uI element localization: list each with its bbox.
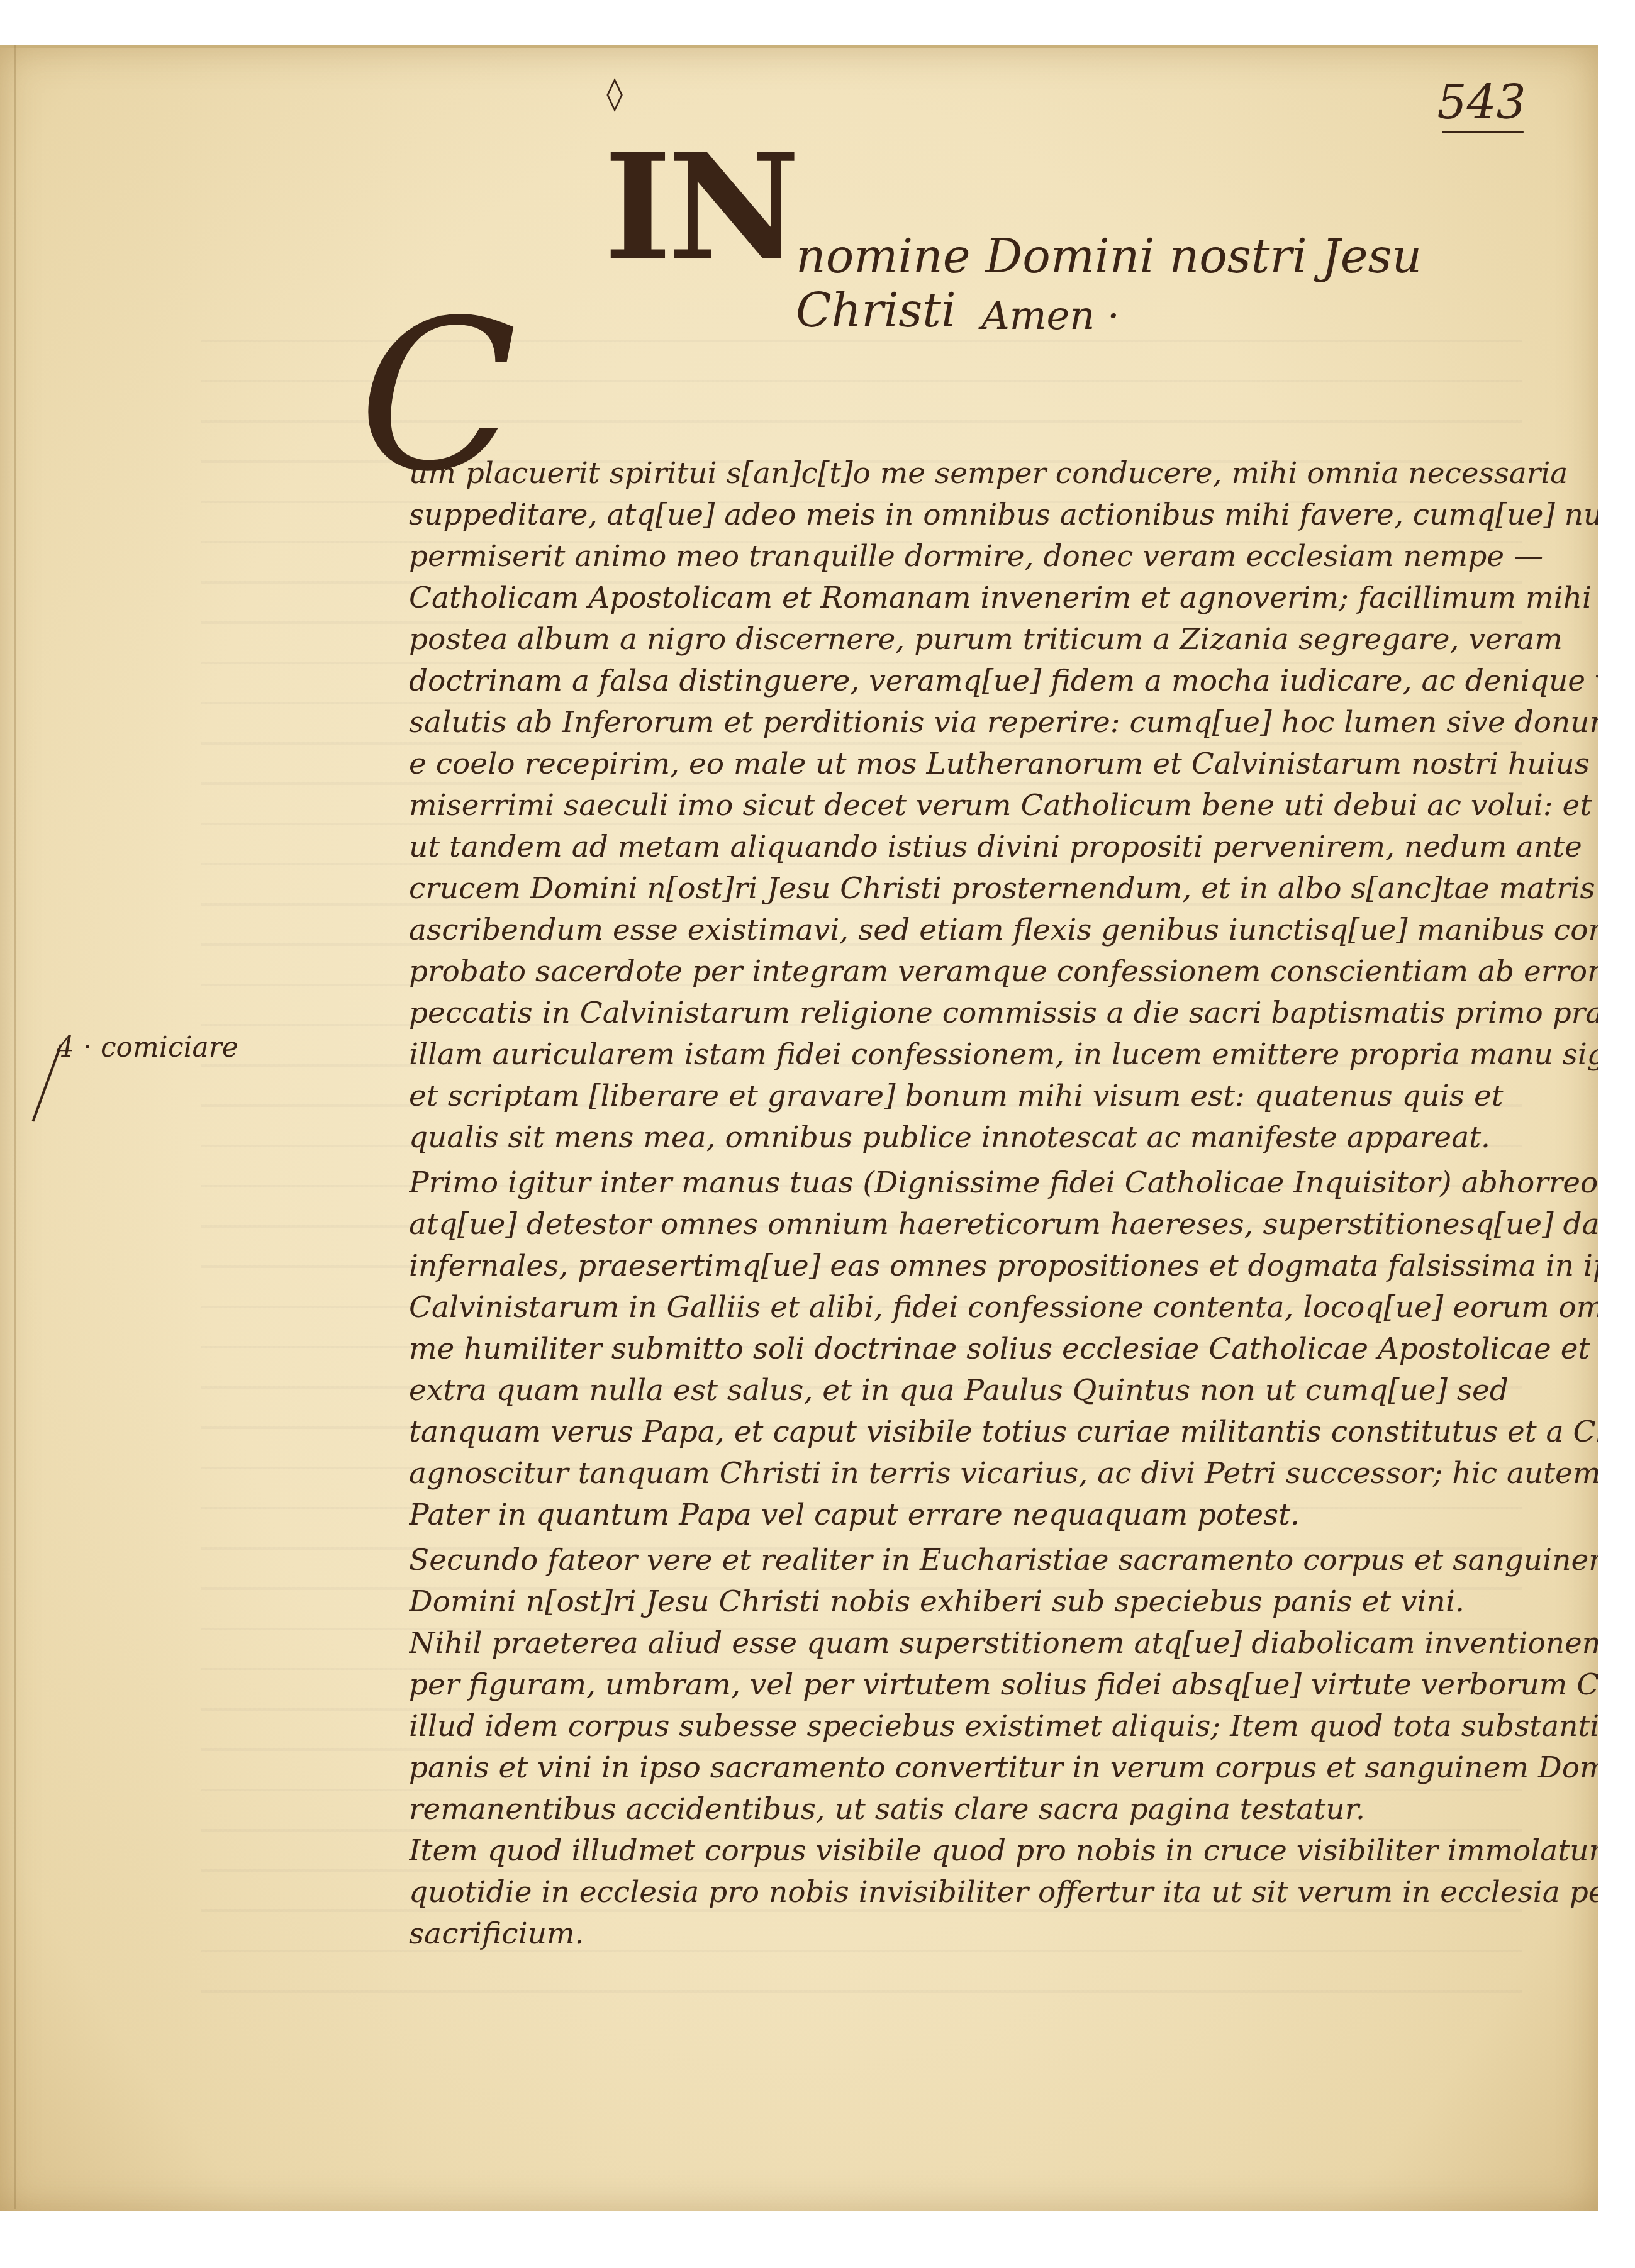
text-line: atq[ue] detestor omnes omnium haereticor… (409, 1204, 1598, 1245)
text-line: peccatis in Calvinistarum religione comm… (409, 992, 1598, 1034)
folio-underline (1442, 131, 1524, 133)
heading-invocation: nomine Domini nostri Jesu Christi (796, 230, 1563, 338)
text-line: infernales, praesertimq[ue] eas omnes pr… (409, 1245, 1598, 1287)
text-line: illud idem corpus subesse speciebus exis… (409, 1706, 1598, 1747)
text-line: qualis sit mens mea, omnibus publice inn… (409, 1117, 1598, 1159)
text-line: per figuram, umbram, vel per virtutem so… (409, 1664, 1598, 1706)
text-line: postea album a nigro discernere, purum t… (409, 619, 1598, 660)
paragraph-secundo-start: Secundo fateor vere et realiter in Eucha… (409, 1540, 1598, 1581)
text-line: um placuerit spiritui s[an]c[t]o me semp… (409, 453, 1598, 494)
heading-amen: Amen · (981, 292, 1120, 338)
text-line: permiserit animo meo tranquille dormire,… (409, 536, 1598, 577)
paragraph-nihil-start: Nihil praeterea aliud esse quam supersti… (409, 1623, 1598, 1664)
text-line: Calvinistarum in Galliis et alibi, fidei… (409, 1287, 1598, 1328)
manuscript-body: um placuerit spiritui s[an]c[t]o me semp… (409, 453, 1598, 1955)
text-line: crucem Domini n[ost]ri Jesu Christi pros… (409, 868, 1598, 909)
marginal-note: 4 · comiciare (57, 1031, 283, 1064)
text-line: remanentibus accidentibus, ut satis clar… (409, 1789, 1598, 1830)
folio-number: 543 (1434, 75, 1529, 145)
text-line: probato sacerdote per integram veramque … (409, 951, 1598, 992)
text-line: Catholicam Apostolicam et Romanam invene… (409, 577, 1598, 619)
heading-initial: IN (604, 142, 796, 274)
page-fold-line (14, 45, 16, 2209)
text-line: suppeditare, atq[ue] adeo meis in omnibu… (409, 494, 1598, 536)
text-line: salutis ab Inferorum et perditionis via … (409, 702, 1598, 743)
text-line: agnoscitur tanquam Christi in terris vic… (409, 1453, 1598, 1494)
text-line: ascribendum esse existimavi, sed etiam f… (409, 909, 1598, 951)
text-line: e coelo recepirim, eo male ut mos Luther… (409, 743, 1598, 785)
text-line: quotidie in ecclesia pro nobis invisibil… (409, 1872, 1598, 1913)
text-line: panis et vini in ipso sacramento convert… (409, 1747, 1598, 1789)
text-line: me humiliter submitto soli doctrinae sol… (409, 1328, 1598, 1370)
text-line: illam auricularem istam fidei confession… (409, 1034, 1598, 1076)
text-line: miserrimi saeculi imo sicut decet verum … (409, 785, 1598, 826)
text-line-with-strikethrough: et scriptam [liberare et gravare] bonum … (409, 1076, 1598, 1117)
paragraph-primo-start: Primo igitur inter manus tuas (Dignissim… (409, 1162, 1598, 1204)
text-line: Pater in quantum Papa vel caput errare n… (409, 1494, 1598, 1536)
text-line: ut tandem ad metam aliquando istius divi… (409, 826, 1598, 868)
text-line: doctrinam a falsa distinguere, veramq[ue… (409, 660, 1598, 702)
text-line: Domini n[ost]ri Jesu Christi nobis exhib… (409, 1581, 1598, 1623)
ornament-icon: ◊ (605, 74, 624, 113)
text-line: tanquam verus Papa, et caput visibile to… (409, 1411, 1598, 1453)
text-line: extra quam nulla est salus, et in qua Pa… (409, 1370, 1598, 1411)
paragraph-item-start: Item quod illudmet corpus visibile quod … (409, 1830, 1598, 1872)
text-line: sacrificium. (409, 1913, 1598, 1955)
